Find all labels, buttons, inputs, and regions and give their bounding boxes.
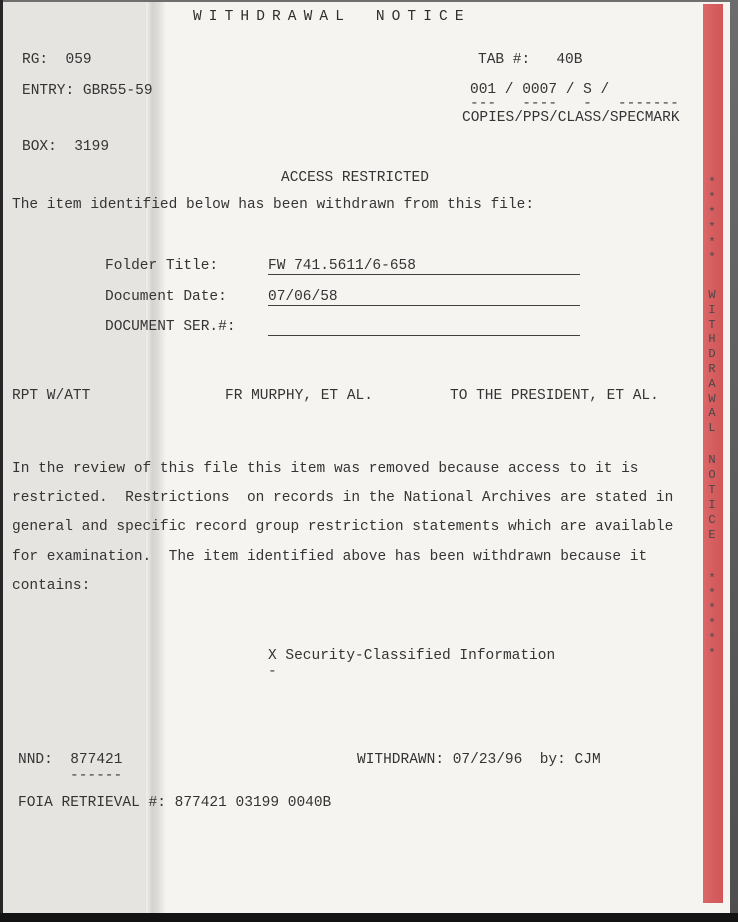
body-line-1: In the review of this file this item was…: [12, 461, 639, 477]
doc-from: FR MURPHY, ET AL.: [225, 389, 373, 404]
intro-line: The item identified below has been withd…: [12, 198, 534, 213]
classification-reason-line: X Security-Classified Information: [268, 649, 555, 664]
banner-word-notice: N O T I C E: [702, 453, 722, 543]
banner-stars-bottom: * * * * * *: [702, 572, 722, 662]
body-line-2: restricted. Restrictions on records in t…: [12, 490, 673, 506]
scan-edge-bottom: [0, 913, 738, 922]
field-row-folder-title: Folder Title:FW 741.5611/6-658: [105, 258, 580, 275]
body-line-4: for examination. The item identified abo…: [12, 549, 647, 565]
doc-to: TO THE PRESIDENT, ET AL.: [450, 389, 659, 404]
field-row-document-ser: DOCUMENT SER.#:: [105, 319, 580, 336]
document-ser-value: [268, 319, 580, 336]
document-ser-label: DOCUMENT SER.#:: [105, 319, 268, 335]
access-restricted-heading: ACCESS RESTRICTED: [281, 171, 429, 186]
document-date-label: Document Date:: [105, 289, 268, 305]
box-line: BOX: 3199: [22, 140, 109, 155]
scan-edge-right: [730, 0, 738, 922]
rg-line: RG: 059: [22, 53, 92, 68]
scan-edge-top: [0, 0, 738, 2]
body-line-5: contains:: [12, 578, 90, 594]
page-title: WITHDRAWAL NOTICE: [193, 9, 471, 25]
body-line-3: general and specific record group restri…: [12, 519, 673, 535]
folder-title-label: Folder Title:: [105, 258, 268, 274]
banner-stars-top: * * * * * *: [702, 176, 722, 266]
tab-line: TAB #: 40B: [478, 53, 582, 68]
doc-type: RPT W/ATT: [12, 389, 90, 404]
withdrawn-line: WITHDRAWN: 07/23/96 by: CJM: [357, 753, 601, 768]
withdrawal-notice-scan: WITHDRAWAL NOTICE RG: 059 TAB #: 40B ENT…: [0, 0, 738, 922]
scan-edge-left: [0, 0, 3, 922]
folder-title-value: FW 741.5611/6-658: [268, 258, 580, 275]
foia-retrieval-line: FOIA RETRIEVAL #: 877421 03199 0040B: [18, 796, 331, 811]
banner-word-withdrawal: W I T H D R A W A L: [702, 288, 722, 436]
classification-reason-underscore: -: [268, 665, 277, 680]
document-date-value: 07/06/58: [268, 289, 580, 306]
nnd-dashes: ------: [70, 769, 122, 784]
nnd-line: NND: 877421: [18, 753, 122, 768]
field-row-document-date: Document Date:07/06/58: [105, 289, 580, 306]
copies-caption: COPIES/PPS/CLASS/SPECMARK: [462, 111, 680, 126]
entry-line: ENTRY: GBR55-59: [22, 84, 153, 99]
